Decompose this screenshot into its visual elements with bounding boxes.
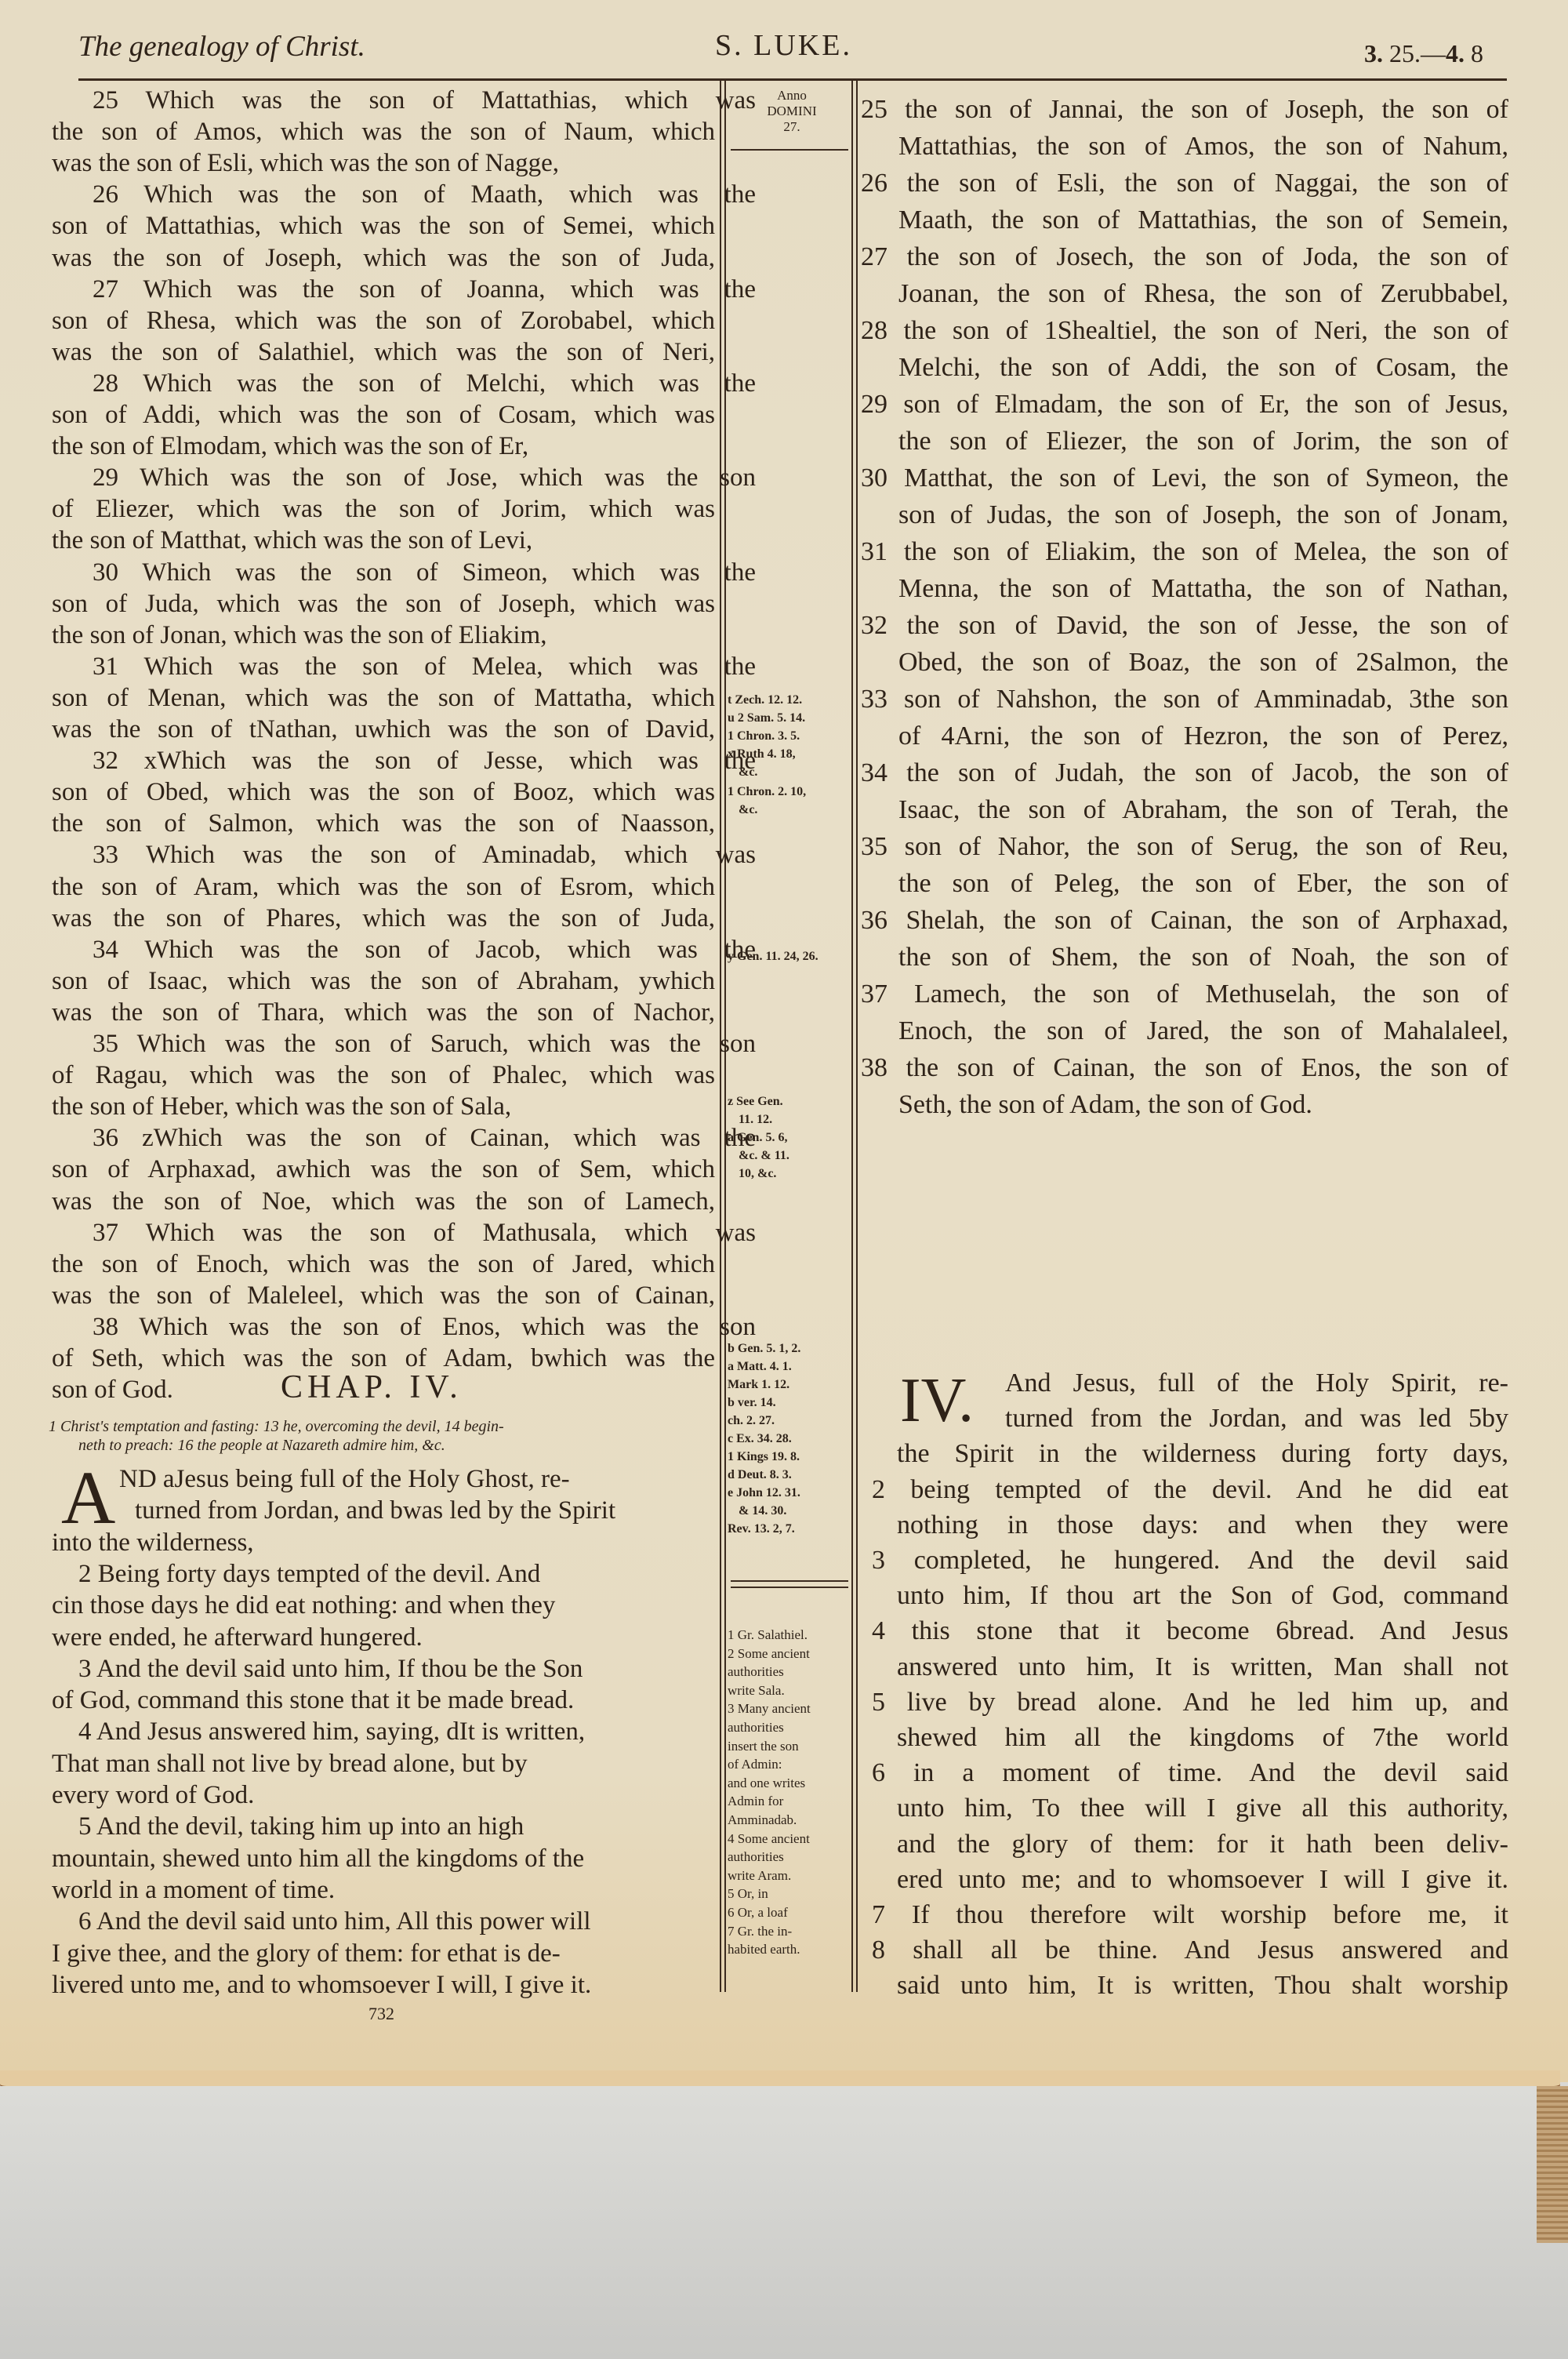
verse-line: Enoch, the son of Jared, the son of Maha… [898,1016,1508,1047]
verse-line: 36 Shelah, the son of Cainan, the son of… [861,905,1508,936]
verse-line: 38 Which was the son of Enos, which was … [93,1311,756,1343]
verse-line: 36 zWhich was the son of Cainan, which w… [93,1122,756,1154]
verse-line: 37 Which was the son of Mathusala, which… [93,1217,756,1249]
cross-reference: 1 Chron. 3. 5. [728,729,800,744]
verse-line: was the son of Thara, which was the son … [52,997,715,1028]
verse-line: 32 the son of David, the son of Jesse, t… [861,610,1508,642]
verse-line: 6 And the devil said unto him, All this … [78,1906,715,1937]
verse-line: son of Mattathias, which was the son of … [52,210,715,242]
marginal-note: write Aram. [728,1868,791,1884]
verse-line: unto him, To thee will I give all this a… [897,1793,1508,1824]
verse-line: 25 the son of Jannai, the son of Joseph,… [861,94,1508,125]
notes-rule-1 [731,1580,848,1582]
marginal-note: 6 Or, a loaf [728,1905,788,1921]
drop-cap-a: A [61,1460,115,1536]
verse-line: And Jesus, full of the Holy Spirit, re- [1005,1368,1508,1399]
verse-line: every word of God. [52,1779,254,1811]
verse-line: Joanan, the son of Rhesa, the son of Zer… [898,278,1508,310]
verse-line: the Spirit in the wilderness during fort… [897,1438,1508,1470]
marginal-note: and one writes [728,1776,805,1791]
verse-line: the son of Peleg, the son of Eber, the s… [898,868,1508,900]
verse-line: 26 Which was the son of Maath, which was… [93,179,756,210]
marginal-note: insert the son [728,1739,799,1754]
verse-line: Mattathias, the son of Amos, the son of … [898,131,1508,162]
verse-line: of God, command this stone that it be ma… [52,1685,715,1716]
verse-line: livered unto me, and to whomsoever I wil… [52,1969,715,2001]
verse-line: was the son of Joseph, which was the son… [52,242,715,274]
verse-line: the son of Aram, which was the son of Es… [52,871,715,903]
marginal-note: 5 Or, in [728,1886,768,1902]
verse-line: was the son of Esli, which was the son o… [52,147,559,179]
verse-line: mountain, shewed unto him all the kingdo… [52,1843,715,1874]
verse-line: the son of Eliezer, the son of Jorim, th… [898,426,1508,457]
verse-line: cin those days he did eat nothing: and w… [52,1590,715,1621]
marginal-note: Admin for [728,1794,783,1809]
verse-line: 27 the son of Josech, the son of Joda, t… [861,242,1508,273]
verse-line: son of Rhesa, which was the son of Zorob… [52,305,715,336]
verse-line: 3 And the devil said unto him, If thou b… [78,1653,715,1685]
verse-line: 7 If thou therefore wilt worship before … [872,1899,1508,1931]
verse-line: turned from Jordan, and bwas led by the … [135,1495,715,1526]
verse-line: the son of Shem, the son of Noah, the so… [898,942,1508,973]
verse-line: Obed, the son of Boaz, the son of 2Salmo… [898,647,1508,678]
verse-line: Maath, the son of Mattathias, the son of… [898,205,1508,236]
cross-reference: b Gen. 5. 1, 2. [728,1341,800,1357]
verse-line: of 4Arni, the son of Hezron, the son of … [898,721,1508,752]
marginal-note: of Admin: [728,1757,782,1772]
verse-line: 4 this stone that it become 6bread. And … [872,1616,1508,1647]
verse-line: the son of Amos, which was the son of Na… [52,116,715,147]
verse-line: the son of Enoch, which was the son of J… [52,1249,715,1280]
cross-reference: Mark 1. 12. [728,1377,789,1393]
chapter-summary-line-2: neth to preach: 16 the people at Nazaret… [78,1437,445,1455]
verse-line: 33 son of Nahshon, the son of Amminadab,… [861,684,1508,715]
verse-line: shewed him all the kingdoms of 7the worl… [897,1722,1508,1754]
range-verse-start: 25.— [1389,39,1446,67]
verse-line: 5 And the devil, taking him up into an h… [78,1811,715,1842]
marginal-note: authorities [728,1849,784,1865]
verse-line: 2 being tempted of the devil. And he did… [872,1474,1508,1506]
verse-line: of Ragau, which was the son of Phalec, w… [52,1060,715,1091]
cross-reference: Rev. 13. 2, 7. [728,1521,795,1537]
verse-line: the son of Jonan, which was the son of E… [52,620,546,651]
cross-reference: & 14. 30. [739,1503,786,1519]
verse-line: 26 the son of Esli, the son of Naggai, t… [861,168,1508,199]
notes-rule-2 [731,1587,848,1588]
verse-line: son of God. [52,1374,173,1405]
verse-line: Melchi, the son of Addi, the son of Cosa… [898,352,1508,383]
verse-line: ered unto me; and to whomsoever I will I… [897,1864,1508,1896]
verse-line: son of Isaac, which was the son of Abrah… [52,965,715,997]
verse-line: 4 And Jesus answered him, saying, dIt is… [78,1716,715,1747]
verse-line: 33 Which was the son of Aminadab, which … [93,839,756,871]
drop-cap-iv: IV. [900,1363,974,1438]
verse-line: 3 completed, he hungered. And the devil … [872,1545,1508,1576]
verse-line: Menna, the son of Mattatha, the son of N… [898,573,1508,605]
verse-line: 32 xWhich was the son of Jesse, which wa… [93,745,756,776]
verse-line: Isaac, the son of Abraham, the son of Te… [898,794,1508,826]
verse-line: 30 Matthat, the son of Levi, the son of … [861,463,1508,494]
torn-page-edge [1537,2086,1568,2243]
verse-line: answered unto him, It is written, Man sh… [897,1652,1508,1683]
verse-line: 30 Which was the son of Simeon, which wa… [93,557,756,588]
verse-line: ND aJesus being full of the Holy Ghost, … [119,1463,715,1495]
cross-reference: b ver. 14. [728,1395,776,1411]
cross-reference: a Matt. 4. 1. [728,1359,792,1375]
cross-reference: 1 Chron. 2. 10, [728,784,806,800]
verse-line: into the wilderness, [52,1527,254,1558]
marginal-note: Amminadab. [728,1812,797,1828]
marginal-note: 4 Some ancient [728,1831,810,1847]
cross-reference: t Zech. 12. 12. [728,692,802,708]
verse-line: 28 the son of 1Shealtiel, the son of Ner… [861,315,1508,347]
verse-line: and the glory of them: for it hath been … [897,1829,1508,1860]
verse-line: 38 the son of Cainan, the son of Enos, t… [861,1052,1508,1084]
cross-reference: z See Gen. [728,1094,783,1110]
verse-line: 34 Which was the son of Jacob, which was… [93,934,756,965]
verse-line: son of Addi, which was the son of Cosam,… [52,399,715,431]
verse-line: 29 Which was the son of Jose, which was … [93,462,756,493]
cross-reference: 1 Kings 19. 8. [728,1449,800,1465]
cross-reference: d Deut. 8. 3. [728,1467,792,1483]
verse-line: I give thee, and the glory of them: for … [52,1938,715,1969]
verse-line: the son of Elmodam, which was the son of… [52,431,528,462]
verse-line: 8 shall all be thine. And Jesus answered… [872,1935,1508,1966]
year-text: 27. [733,119,851,135]
marginal-note: write Sala. [728,1683,785,1699]
verse-line: 35 Which was the son of Saruch, which wa… [93,1028,756,1060]
marginal-note: 3 Many ancient [728,1701,811,1717]
cross-reference: ch. 2. 27. [728,1413,775,1429]
marginal-note: 2 Some ancient [728,1646,810,1662]
verse-line: the son of Salmon, which was the son of … [52,808,715,839]
verse-line: son of Juda, which was the son of Joseph… [52,588,715,620]
cross-reference: e John 12. 31. [728,1485,800,1501]
running-title: The genealogy of Christ. [78,30,365,64]
verse-line: 6 in a moment of time. And the devil sai… [872,1757,1508,1789]
book-title: S. LUKE. [715,28,852,63]
verse-line: Seth, the son of Adam, the son of God. [898,1089,1312,1121]
range-chapter-start: 3. [1364,39,1383,67]
verse-line: said unto him, It is written, Thou shalt… [897,1970,1508,2001]
verse-line: That man shall not live by bread alone, … [52,1748,715,1779]
verse-range: 3. 25.—4. 8 [1364,39,1483,68]
range-chapter-end: 4. [1446,39,1465,67]
verse-line: 29 son of Elmadam, the son of Er, the so… [861,389,1508,420]
range-verse-end: 8 [1471,39,1483,67]
verse-line: were ended, he afterward hungered. [52,1622,423,1653]
verse-line: 37 Lamech, the son of Methuselah, the so… [861,979,1508,1010]
marginal-note: authorities [728,1720,784,1736]
verse-line: was the son of tNathan, uwhich was the s… [52,714,715,745]
margin-rule [731,149,848,151]
verse-line: 27 Which was the son of Joanna, which wa… [93,274,756,305]
verse-line: 5 live by bread alone. And he led him up… [872,1687,1508,1718]
marginal-note: 1 Gr. Salathiel. [728,1627,808,1643]
verse-line: son of Menan, which was the son of Matta… [52,682,715,714]
verse-line: son of Judas, the son of Joseph, the son… [898,500,1508,531]
verse-line: was the son of Maleleel, which was the s… [52,1280,715,1311]
header-rule [78,78,1507,81]
verse-line: nothing in those days: and when they wer… [897,1510,1508,1541]
cross-reference: &c. [739,802,757,818]
cross-reference: u 2 Sam. 5. 14. [728,711,805,726]
verse-line: 31 the son of Eliakim, the son of Melea,… [861,536,1508,568]
verse-line: 2 Being forty days tempted of the devil.… [78,1558,715,1590]
verse-line: 31 Which was the son of Melea, which was… [93,651,756,682]
verse-line: 25 Which was the son of Mattathias, whic… [93,85,756,116]
marginal-note: authorities [728,1664,784,1680]
cross-reference: c Ex. 34. 28. [728,1431,792,1447]
verse-line: world in a moment of time. [52,1874,335,1906]
marginal-note: 7 Gr. the in- [728,1924,792,1939]
verse-line: unto him, If thou art the Son of God, co… [897,1580,1508,1612]
column-divider-right-outer [856,78,858,1992]
verse-line: 28 Which was the son of Melchi, which wa… [93,368,756,399]
chapter-summary-line-1: 1 Christ's temptation and fasting: 13 he… [49,1418,504,1436]
page-number: 732 [368,2004,394,2024]
verse-line: 35 son of Nahor, the son of Serug, the s… [861,831,1508,863]
verse-line: the son of Heber, which was the son of S… [52,1091,511,1122]
verse-line: of Eliezer, which was the son of Jorim, … [52,493,715,525]
verse-line: was the son of Noe, which was the son of… [52,1186,715,1217]
chapter-heading: CHAP. IV. [281,1369,463,1406]
backdrop-surface [0,2086,1568,2359]
verse-line: the son of Matthat, which was the son of… [52,525,532,556]
verse-line: 34 the son of Judah, the son of Jacob, t… [861,758,1508,789]
verse-line: son of Obed, which was the son of Booz, … [52,776,715,808]
verse-line: was the son of Salathiel, which was the … [52,336,715,368]
marginal-note: habited earth. [728,1942,800,1957]
verse-line: turned from the Jordan, and was led 5by [1005,1403,1508,1434]
verse-line: son of Arphaxad, awhich was the son of S… [52,1154,715,1185]
cross-reference: 10, &c. [739,1166,776,1182]
verse-line: was the son of Phares, which was the son… [52,903,715,934]
column-divider-right-inner [851,78,853,1992]
